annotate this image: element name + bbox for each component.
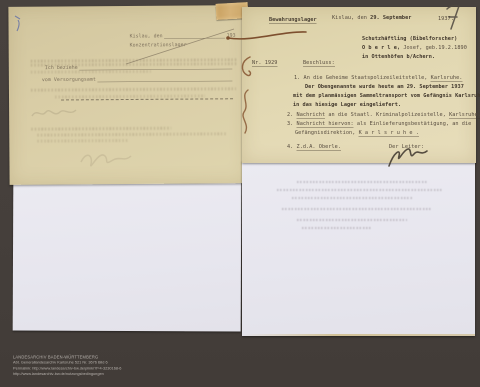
caption-terms-url: http://www.landesarchiv-bw.de/nutzungsbe… [13,372,121,378]
item-text: Gefängnisdirektion, [295,130,359,136]
thread-fastener [238,55,254,81]
thread-fastener [238,88,254,136]
file-number: Nr. 1929 [252,60,277,66]
item-underlined-text: Karlsruhe. [449,112,480,119]
handwritten-seven-mark [444,2,462,32]
bleed-through-text [297,181,427,183]
prisoner-category-text: Schutzhäftling (Bibelforscher) [362,36,457,42]
item-underlined-text: Z.d.A. Oberle. [297,144,341,151]
prisoner-residence-text: in Ottenhöfen b/Achern. [362,54,435,60]
paragraph-text: mit dem planmässigen Sammeltransport vom… [293,93,480,99]
decision-paragraph-line-2: mit dem planmässigen Sammeltransport vom… [293,93,480,99]
left-form-field2-blank-line [97,81,232,82]
left-form-dashed-divider [61,98,233,100]
item-text: An die Geheime Staatspolizeileitstelle, [300,75,430,81]
thread-fastener [224,27,309,43]
item-text: als Einlieferungsbestätigung, an die [354,121,472,127]
place-date-line: Kislau, den 29. September [332,15,411,21]
place-date-text: Kislau, den [332,15,367,21]
decision-item-1: 1. An die Geheime Staatspolizeileitstell… [294,75,462,81]
decision-paragraph-line-1: Der Obengenannte wurde heute am 29. Sept… [305,84,464,90]
left-document-white-sheet [13,181,242,332]
bleed-through-text [37,139,127,142]
item-number: 3. [287,121,297,127]
bleed-through-text [31,87,236,91]
bleed-through-text [292,197,412,199]
decision-item-4: 4. Z.d.A. Oberle. [287,144,341,150]
left-form-field2-label: vom Versorgungsamt [42,77,96,83]
item-underlined-text: Karlsruhe. [431,75,463,82]
bleed-through-text [31,70,151,73]
prisoner-name-text: O b e r l e, [362,45,400,51]
scan-background: Kislau, den 193 Konzentrationslager Ich … [0,0,480,387]
camp-label: Bewahrungslager [269,17,317,23]
item-underlined-text: Nachricht [297,112,326,119]
file-number-text: Nr. 1929 [252,60,277,67]
paragraph-text: in das hiesige Lager eingeliefert. [293,102,401,108]
bleed-through-text [282,208,432,210]
date-emphasis-text: 29. September [370,15,411,21]
left-handwriting-smudge [30,104,78,122]
paragraph-text: Der Obengenannte wurde heute am 29. Sept… [305,84,464,90]
item-underlined-text: K a r l s r u h e . [359,130,419,137]
bleed-through-text [31,127,171,130]
bleed-through-text [297,219,407,221]
right-document-white-sheet [242,161,475,336]
camp-label-text: Bewahrungslager [269,17,317,24]
left-form-field2-row: vom Versorgungsamt [42,76,234,83]
decision-item-3-line-2: Gefängnisdirektion, K a r l s r u h e . [295,130,419,136]
item-text: an die Staatl. Kriminalpolizeistelle, [325,112,449,118]
bleed-through-text [37,132,227,136]
prisoner-name-line: O b e r l e, Josef, geb.19.2.1890 [362,45,467,51]
item-underlined-text: Nachricht hiervon: [297,121,354,128]
decision-item-2: 2. Nachricht an die Staatl. Kriminalpoli… [287,112,480,118]
caption-collection-reference: Abt. Generallandesarchiv Karlsruhe 521 N… [13,360,121,366]
item-number: 4. [287,144,297,150]
bleed-through-text [302,227,372,229]
bleed-through-text [277,189,442,191]
signature-mark [385,146,433,172]
left-signature-smudge [78,146,133,170]
archive-caption: LANDESARCHIV BADEN-WÜRTTEMBERG Abt. Gene… [13,354,121,377]
pencil-line [124,25,236,67]
decision-item-3: 3. Nachricht hiervon: als Einlieferungsb… [287,121,471,127]
decision-paragraph-line-3: in das hiesige Lager eingeliefert. [293,102,401,108]
decision-heading: Beschluss: [303,60,335,66]
prisoner-category-line: Schutzhäftling (Bibelforscher) [362,36,457,42]
right-sheet-edge-sliver [242,334,475,336]
bleed-through-text [55,94,205,98]
prisoner-details-text: Josef, geb.19.2.1890 [400,45,467,51]
decision-heading-text: Beschluss: [303,60,335,67]
blue-pencil-mark [12,14,30,34]
item-number: 2. [287,112,297,118]
prisoner-residence-line: in Ottenhöfen b/Achern. [362,54,435,60]
